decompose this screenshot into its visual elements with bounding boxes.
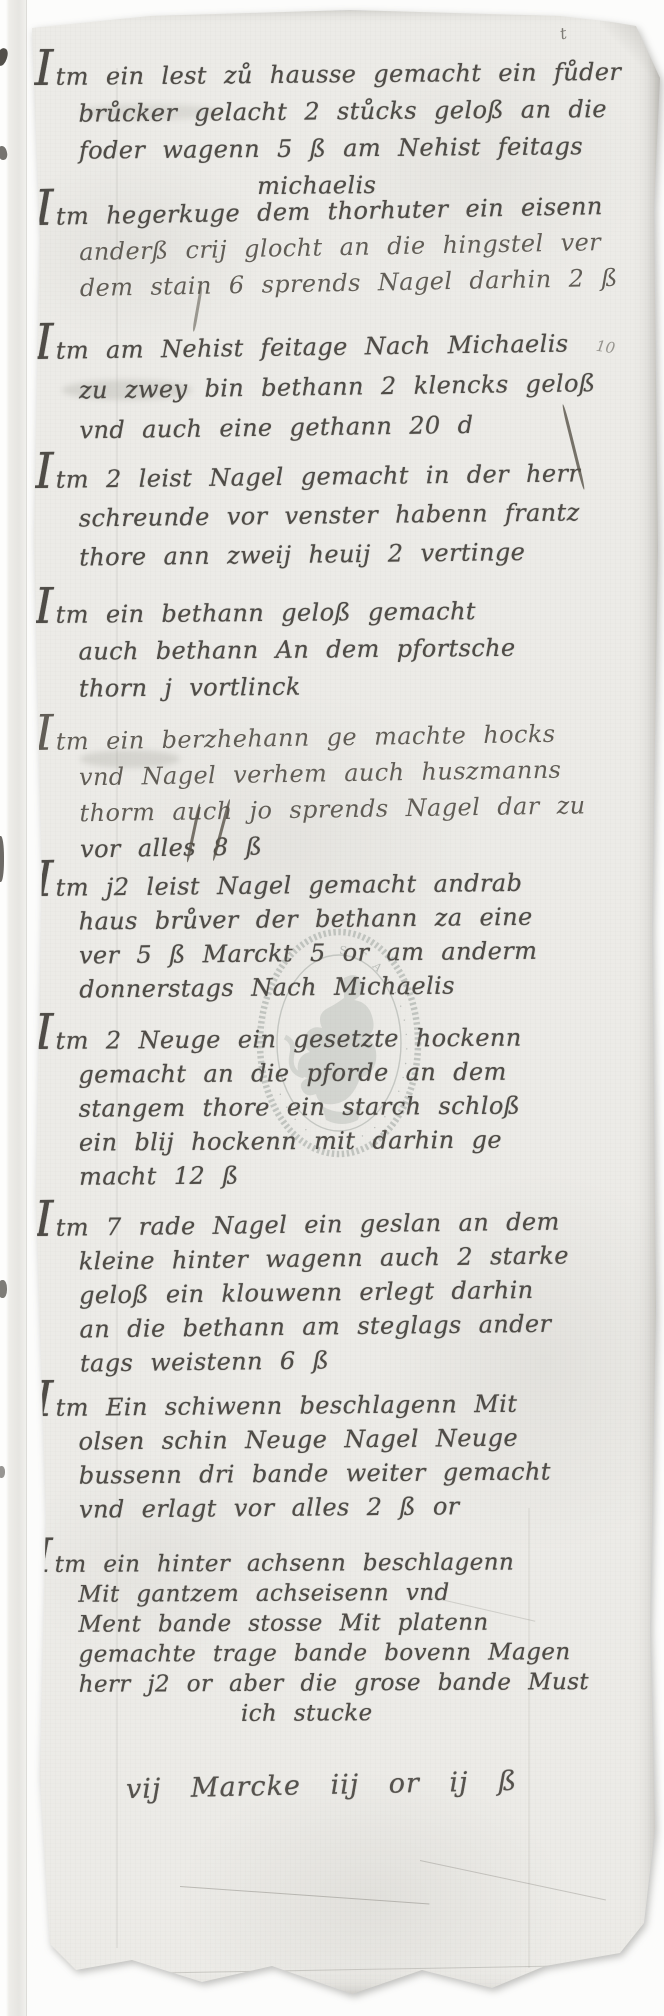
manuscript-line: Itm 2 Neuge ein gesetzte hockenn: [34, 1011, 640, 1058]
manuscript-line: Itm 7 rade Nagel ein geslan an dem: [34, 1195, 640, 1245]
manuscript-line: brůcker gelacht 2 stůcks geloß an die: [34, 91, 640, 133]
gutter-ink-mark: [0, 145, 8, 161]
manuscript-page: t 10 S T A · · · · · · · · · · · · · · ·…: [20, 8, 660, 2000]
manuscript-line: stangem thore ein starch schloß: [35, 1088, 641, 1126]
manuscript-line: thorn j vortlinck: [35, 666, 641, 708]
manuscript-line: ich stucke: [35, 1697, 641, 1730]
manuscript-line: Itm am Nehist feitage Nach Michaelis: [34, 314, 641, 371]
gutter-ink-mark: [0, 1280, 7, 1298]
sum-line: vij Marcke iij or ij ß: [126, 1766, 518, 1805]
manuscript-line: schreunde vor venster habenn frantz: [35, 493, 641, 539]
paper-crease: [130, 1965, 560, 1974]
manuscript-line: auch bethann An dem pfortsche: [34, 629, 640, 671]
manuscript-line: vnd erlagt vor alles 2 ß or: [35, 1488, 641, 1527]
ledger-entry: Itm am Nehist feitage Nach Michaelis zu …: [34, 314, 642, 451]
ledger-entry: Itm ein hinter achsenn beschlagenn Mit g…: [34, 1539, 641, 1730]
paper-crease: [420, 1860, 606, 1900]
ledger-entry: Itm 7 rade Nagel ein geslan an dem klein…: [34, 1195, 642, 1381]
manuscript-line: ein blij hockenn mit darhin ge: [35, 1122, 641, 1160]
ledger-entry: Itm hegerkuge dem thorhuter ein eisenn a…: [34, 178, 642, 307]
manuscript-line: macht 12 ß: [35, 1156, 641, 1194]
manuscript-line: Itm Ein schiwenn beschlagenn Mit: [34, 1377, 640, 1425]
ledger-entry: Itm ein bethann geloß gemacht auch betha…: [34, 583, 641, 708]
gutter-ink-mark: [0, 47, 10, 67]
gutter-ink-mark: [0, 836, 4, 882]
manuscript-line: foder wagenn 5 ß am Nehist feitags: [35, 128, 641, 170]
manuscript-line: Itm 2 leist Nagel gemacht in der herr: [34, 445, 641, 500]
manuscript-line: olsen schin Neuge Nagel Neuge: [34, 1420, 640, 1459]
manuscript-line: vnd auch eine gethann 20 d: [35, 403, 641, 451]
manuscript-line: Ment bande stosse Mit platenn: [34, 1607, 640, 1640]
paper-crease: [180, 1886, 429, 1904]
manuscript-line: Itm ein lest zů hausse gemacht ein fůder: [34, 45, 640, 96]
manuscript-line: Mit gantzem achseisenn vnd: [34, 1577, 640, 1610]
gutter-ink-mark: [0, 1466, 5, 1478]
manuscript-line: gemachte trage bande bovenn Magen: [35, 1637, 641, 1670]
manuscript-line: Itm ein bethann geloß gemacht: [34, 583, 640, 634]
manuscript-line: Itm ein hinter achsenn beschlagenn: [34, 1539, 640, 1580]
paper-sheet: t 10 S T A · · · · · · · · · · · · · · ·…: [20, 8, 660, 2000]
manuscript-line: thore ann zweij heuij 2 vertinge: [35, 532, 641, 578]
scanned-manuscript: t 10 S T A · · · · · · · · · · · · · · ·…: [0, 0, 664, 2016]
ledger-entry: Itm 2 leist Nagel gemacht in der herr sc…: [34, 445, 641, 578]
manuscript-line: zu zwey bin bethann 2 klencks geloß: [35, 363, 641, 411]
ledger-entry: Itm j2 leist Nagel gemacht andrab haus b…: [34, 856, 641, 1007]
ledger-entry: Itm Ein schiwenn beschlagenn Mit olsen s…: [34, 1377, 641, 1527]
manuscript-line: tags weistenn 6 ß: [36, 1340, 642, 1381]
ledger-entry: Itm 2 Neuge ein gesetzte hockenn gemacht…: [34, 1011, 641, 1194]
corner-ink-mark: t: [558, 24, 568, 44]
manuscript-line: donnerstags Nach Michaelis: [35, 967, 641, 1007]
manuscript-line: Itm j2 leist Nagel gemacht andrab: [34, 856, 640, 905]
manuscript-line: gemacht an die pforde an dem: [34, 1054, 640, 1092]
manuscript-line: herr j2 or aber die grose bande Must: [35, 1667, 641, 1700]
ledger-entry: Itm ein berzhehann ge machte hocks vnd N…: [34, 705, 642, 867]
manuscript-line: bussenn dri bande weiter gemacht: [35, 1454, 641, 1493]
